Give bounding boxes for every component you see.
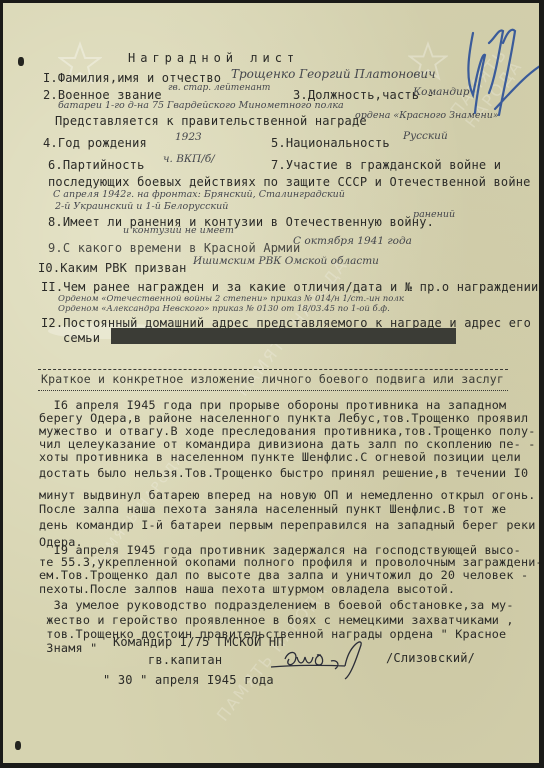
signature-commander: Командир I/75 ГМСКОЙ НП (113, 635, 284, 649)
narrative-line: ем.Тов.Трощенко дал по высоте два залпа … (39, 568, 528, 582)
field-10-label: I0.Каким РВК призван (38, 261, 187, 275)
field-8-value-continued: и контузий не имеет (123, 225, 234, 236)
punch-hole (18, 57, 24, 66)
narrative-line: хоты противника в населенном пункте Шенф… (39, 450, 521, 464)
field-8-label: 8.Имеет ли ранения и контузии в Отечеств… (48, 215, 434, 229)
field-12-label-continued: семьи (63, 331, 100, 345)
field-2-value: гв. стар. лейтенант (168, 83, 270, 93)
field-11-label: II.Чем ранее награжден и за какие отличи… (41, 280, 539, 294)
narrative-line: За умелое руководство подразделением в б… (39, 598, 514, 612)
field-4-label: 4.Год рождения (43, 136, 147, 150)
narrative-line: чил целеуказание от командира дивизиона … (39, 437, 536, 451)
field-9-value: С октября 1941 года (293, 235, 412, 247)
field-4-value: 1923 (175, 131, 202, 143)
field-6-label: 6.Партийность (48, 158, 145, 172)
field-7-value: С апреля 1942г. на фронтах: Брянский, Ст… (53, 189, 345, 200)
narrative-line: берегу Одера,в районе населенного пункта… (39, 411, 528, 425)
section-heading: Краткое и конкретное изложение личного б… (41, 372, 504, 386)
field-3-value: Командир (413, 86, 469, 98)
document-title: Наградной лист (128, 51, 299, 65)
narrative-line: мужество и отвагу.В ходе преследования п… (39, 424, 536, 438)
narrative-line: достать было нельзя.Тов.Трощенко быстро … (39, 466, 528, 480)
field-7-label: 7.Участие в гражданской войне и (271, 158, 501, 172)
narrative-line: пехоты.После залпов наша пехота штурмом … (39, 582, 455, 596)
narrative-line: I6 апреля I945 года при прорыве обороны … (39, 398, 506, 412)
section-bottom-rule (38, 390, 508, 391)
section-top-rule (38, 369, 508, 370)
field-10-value: Ишимским РВК Омской области (193, 255, 379, 267)
paper-tear (15, 741, 21, 750)
award-sheet-page: ПАМЯТЬ НАРОДА ПАМЯТЬ НАРОДА ПАМЯТЬ НАРОД… (3, 3, 539, 763)
signature-date: " 30 " апреля I945 года (103, 673, 274, 687)
narrative-line: Знамя " (39, 641, 97, 655)
field-7-label-continued: последующих боевых действиях по защите С… (48, 175, 531, 189)
narrative-line: жество и геройство проявленное в боях с … (39, 613, 514, 627)
signature-rank: гв.капитан (148, 653, 222, 667)
field-3-value-continued: батареи 1-го д-на 75 Гвардейского Миноме… (58, 100, 344, 111)
signature-name: /Слизовский/ (386, 651, 475, 665)
blue-pencil-mark (465, 23, 539, 123)
handwritten-signature (265, 635, 375, 685)
field-7-value-continued: 2-й Украинский и 1-й Белорусский (55, 201, 228, 212)
presented-label: Представляется к правительственной награ… (55, 114, 367, 128)
field-1-value: Трощенко Георгий Платонович (231, 67, 436, 81)
narrative-line: После залпа наша пехота заняла населенны… (39, 502, 506, 516)
redacted-address (111, 328, 456, 344)
field-11-value-continued: Орденом «Александра Невского» приказ № 0… (58, 304, 390, 314)
field-5-label: 5.Национальность (271, 136, 390, 150)
narrative-line: те 55.3,укрепленной окопами полного проф… (39, 555, 539, 569)
narrative-line: минут выдвинул батарею вперед на новую О… (39, 488, 536, 502)
field-5-value: Русский (403, 130, 448, 142)
field-9-label: 9.С какого времени в Красной Армии (48, 241, 300, 255)
narrative-line: день командир I-й батареи первым перепра… (39, 518, 536, 532)
field-8-value: ранений (413, 209, 455, 220)
field-11-value: Орденом «Отечественной войны 2 степени» … (58, 294, 404, 304)
field-6-value: ч. ВКП/б/ (163, 153, 215, 165)
